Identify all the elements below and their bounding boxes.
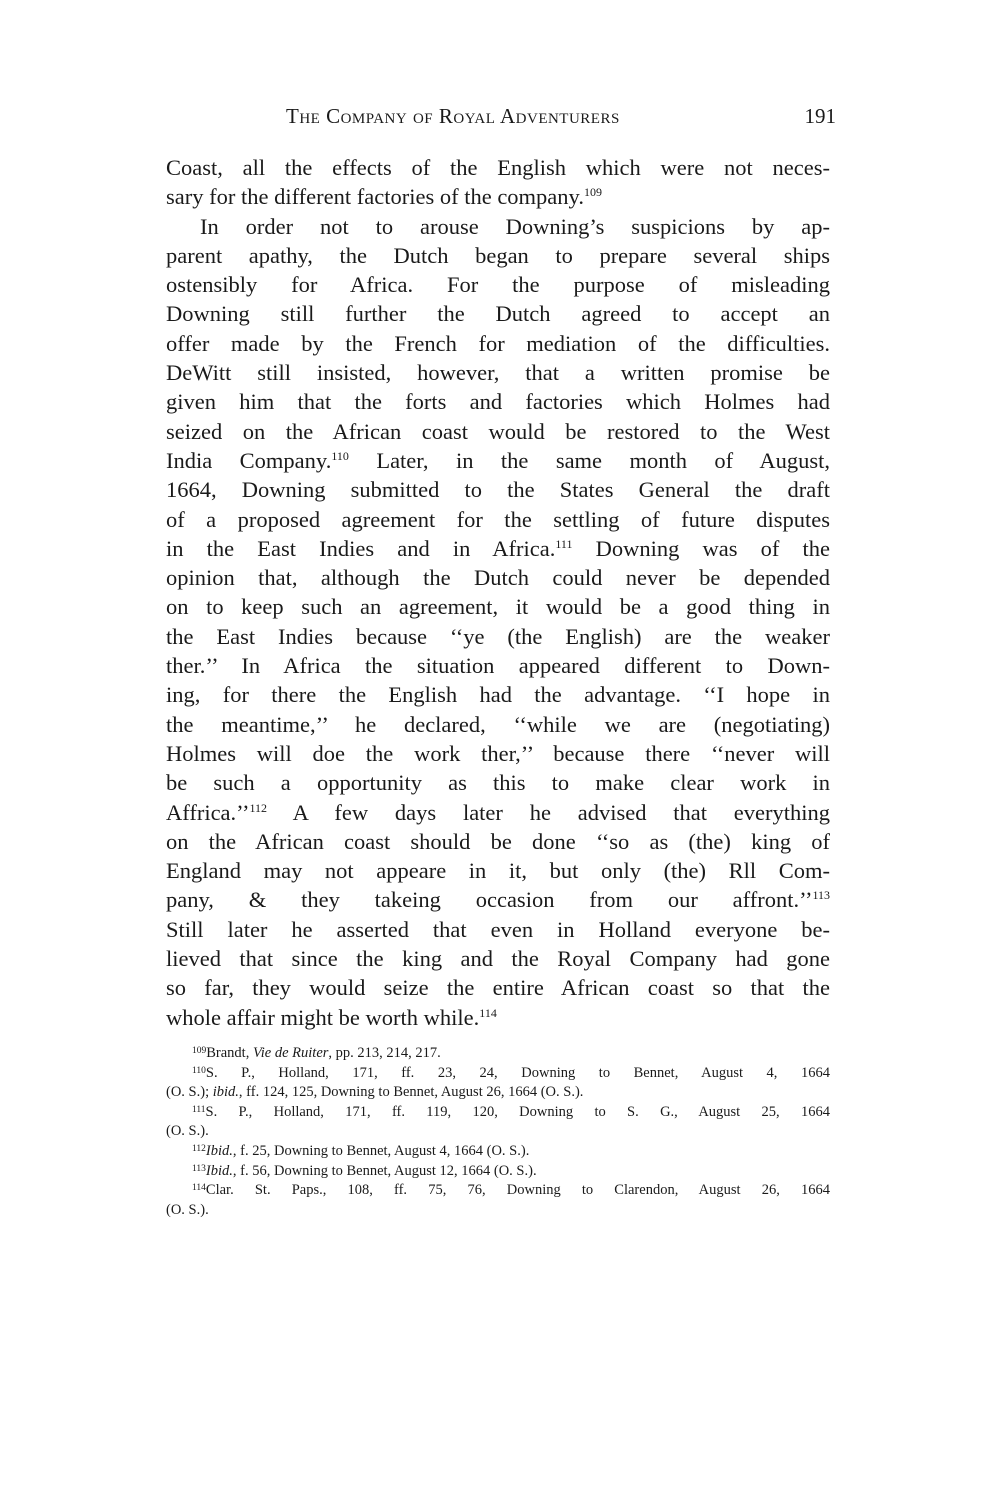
line-text: Coast, all the effects of the English wh… bbox=[166, 155, 830, 180]
footnote-text: (O. S.). bbox=[166, 1202, 209, 1218]
body-line: India Company.110 Later, in the same mon… bbox=[166, 446, 830, 475]
body-line: in the East Indies and in Africa.111 Dow… bbox=[166, 534, 830, 563]
footnote-111: (O. S.). bbox=[166, 1122, 830, 1142]
footnote-reference: 114 bbox=[479, 1006, 497, 1020]
body-line: of a proposed agreement for the settling… bbox=[166, 505, 830, 534]
line-text: DeWitt still insisted, however, that a w… bbox=[166, 360, 830, 385]
line-text: parent apathy, the Dutch began to prepar… bbox=[166, 243, 830, 268]
body-line: 1664, Downing submitted to the States Ge… bbox=[166, 475, 830, 504]
footnote-citation-title: ibid. bbox=[213, 1084, 239, 1100]
line-text: seized on the African coast would be res… bbox=[166, 419, 830, 444]
line-text: England may not appeare in it, but only … bbox=[166, 858, 830, 883]
body-line: the meantime,’’ he declared, ‘‘while we … bbox=[166, 710, 830, 739]
footnote-number: 112 bbox=[192, 1144, 206, 1154]
footnote-reference: 113 bbox=[812, 888, 830, 902]
body-line: Holmes will doe the work ther,’’ because… bbox=[166, 739, 830, 768]
body-line: parent apathy, the Dutch began to prepar… bbox=[166, 241, 830, 270]
body-line: seized on the African coast would be res… bbox=[166, 417, 830, 446]
footnote-text: (O. S.). bbox=[166, 1123, 209, 1139]
footnote-number: 113 bbox=[192, 1164, 206, 1174]
line-text: the meantime,’’ he declared, ‘‘while we … bbox=[166, 712, 830, 737]
body-line: England may not appeare in it, but only … bbox=[166, 856, 830, 885]
footnote-112: 112Ibid., f. 25, Downing to Bennet, Augu… bbox=[166, 1142, 830, 1162]
footnote-text: , f. 56, Downing to Bennet, August 12, 1… bbox=[233, 1163, 537, 1179]
footnote-111: 111S. P., Holland, 171, ff. 119, 120, Do… bbox=[166, 1103, 830, 1123]
line-text: ther.’’ In Africa the situation appeared… bbox=[166, 653, 830, 678]
footnote-text: (O. S.); bbox=[166, 1084, 213, 1100]
footnotes: 109Brandt, Vie de Ruiter, pp. 213, 214, … bbox=[166, 1044, 830, 1220]
body-line: DeWitt still insisted, however, that a w… bbox=[166, 358, 830, 387]
footnote-110: (O. S.); ibid., ff. 124, 125, Downing to… bbox=[166, 1083, 830, 1103]
footnote-citation-title: Vie de Ruiter bbox=[253, 1045, 328, 1061]
line-text: so far, they would seize the entire Afri… bbox=[166, 975, 830, 1000]
footnote-113: 113Ibid., f. 56, Downing to Bennet, Augu… bbox=[166, 1162, 830, 1182]
line-text: offer made by the French for mediation o… bbox=[166, 331, 830, 356]
body-line: pany, & they takeing occasion from our a… bbox=[166, 885, 830, 914]
body-line: opinion that, although the Dutch could n… bbox=[166, 563, 830, 592]
body-line: the East Indies because ‘‘ye (the Englis… bbox=[166, 622, 830, 651]
footnote-reference: 111 bbox=[555, 537, 572, 551]
body-line: Downing still further the Dutch agreed t… bbox=[166, 299, 830, 328]
line-text: In order not to arouse Downing’s suspici… bbox=[200, 214, 830, 239]
line-text: Downing still further the Dutch agreed t… bbox=[166, 301, 830, 326]
footnote-text: S. P., Holland, 171, ff. 119, 120, Downi… bbox=[206, 1104, 830, 1120]
line-text: given him that the forts and factories w… bbox=[166, 389, 830, 414]
body-line: whole affair might be worth while.114 bbox=[166, 1003, 830, 1032]
footnote-number: 111 bbox=[192, 1105, 206, 1115]
footnote-114: (O. S.). bbox=[166, 1201, 830, 1221]
footnote-text: , ff. 124, 125, Downing to Bennet, Augus… bbox=[239, 1084, 584, 1100]
footnote-citation-title: Ibid. bbox=[206, 1163, 233, 1179]
footnote-number: 110 bbox=[192, 1066, 206, 1076]
body-line: be such a opportunity as this to make cl… bbox=[166, 768, 830, 797]
running-head-title: The Company of Royal Adventurers bbox=[286, 104, 620, 129]
line-text: Affrica.’’ bbox=[166, 800, 250, 825]
book-page: The Company of Royal Adventurers 191 Coa… bbox=[0, 0, 1000, 1487]
line-text: Still later he asserted that even in Hol… bbox=[166, 917, 830, 942]
footnote-114: 114Clar. St. Paps., 108, ff. 75, 76, Dow… bbox=[166, 1181, 830, 1201]
footnote-110: 110S. P., Holland, 171, ff. 23, 24, Down… bbox=[166, 1064, 830, 1084]
running-head: The Company of Royal Adventurers 191 bbox=[166, 104, 836, 134]
body-line: ther.’’ In Africa the situation appeared… bbox=[166, 651, 830, 680]
body-line: sary for the different factories of the … bbox=[166, 182, 830, 211]
line-text: whole affair might be worth while. bbox=[166, 1005, 479, 1030]
footnote-text: , f. 25, Downing to Bennet, August 4, 16… bbox=[233, 1143, 529, 1159]
line-text: ing, for there the English had the advan… bbox=[166, 682, 830, 707]
footnote-number: 109 bbox=[192, 1046, 206, 1056]
line-text: Holmes will doe the work ther,’’ because… bbox=[166, 741, 830, 766]
line-text: in the East Indies and in Africa. bbox=[166, 536, 555, 561]
footnote-reference: 109 bbox=[584, 185, 602, 199]
body-line: Affrica.’’112 A few days later he advise… bbox=[166, 798, 830, 827]
footnote-text: Brandt, bbox=[206, 1045, 253, 1061]
body-line: on the African coast should be done ‘‘so… bbox=[166, 827, 830, 856]
line-text: Downing was of the bbox=[572, 536, 830, 561]
footnote-109: 109Brandt, Vie de Ruiter, pp. 213, 214, … bbox=[166, 1044, 830, 1064]
line-text: lieved that since the king and the Royal… bbox=[166, 946, 830, 971]
body-line: so far, they would seize the entire Afri… bbox=[166, 973, 830, 1002]
line-text: on the African coast should be done ‘‘so… bbox=[166, 829, 830, 854]
footnote-text: S. P., Holland, 171, ff. 23, 24, Downing… bbox=[206, 1065, 830, 1081]
footnote-number: 114 bbox=[192, 1183, 206, 1193]
body-line: In order not to arouse Downing’s suspici… bbox=[166, 212, 830, 241]
footnote-reference: 112 bbox=[250, 801, 268, 815]
line-text: ostensibly for Africa. For the purpose o… bbox=[166, 272, 830, 297]
line-text: of a proposed agreement for the settling… bbox=[166, 507, 830, 532]
body-line: lieved that since the king and the Royal… bbox=[166, 944, 830, 973]
line-text: on to keep such an agreement, it would b… bbox=[166, 594, 830, 619]
footnote-reference: 110 bbox=[331, 449, 349, 463]
body-line: ostensibly for Africa. For the purpose o… bbox=[166, 270, 830, 299]
footnote-citation-title: Ibid. bbox=[206, 1143, 233, 1159]
line-text: opinion that, although the Dutch could n… bbox=[166, 565, 830, 590]
body-text: Coast, all the effects of the English wh… bbox=[166, 153, 830, 1032]
body-line: Coast, all the effects of the English wh… bbox=[166, 153, 830, 182]
body-line: on to keep such an agreement, it would b… bbox=[166, 592, 830, 621]
body-line: given him that the forts and factories w… bbox=[166, 387, 830, 416]
page-number: 191 bbox=[805, 104, 837, 129]
body-line: offer made by the French for mediation o… bbox=[166, 329, 830, 358]
line-text: India Company. bbox=[166, 448, 331, 473]
line-text: sary for the different factories of the … bbox=[166, 184, 584, 209]
line-text: A few days later he advised that everyth… bbox=[267, 800, 830, 825]
line-text: 1664, Downing submitted to the States Ge… bbox=[166, 477, 830, 502]
body-line: Still later he asserted that even in Hol… bbox=[166, 915, 830, 944]
footnote-text: , pp. 213, 214, 217. bbox=[328, 1045, 440, 1061]
line-text: the East Indies because ‘‘ye (the Englis… bbox=[166, 624, 830, 649]
body-line: ing, for there the English had the advan… bbox=[166, 680, 830, 709]
footnote-text: Clar. St. Paps., 108, ff. 75, 76, Downin… bbox=[206, 1182, 830, 1198]
line-text: Later, in the same month of August, bbox=[349, 448, 830, 473]
line-text: pany, & they takeing occasion from our a… bbox=[166, 887, 812, 912]
line-text: be such a opportunity as this to make cl… bbox=[166, 770, 830, 795]
